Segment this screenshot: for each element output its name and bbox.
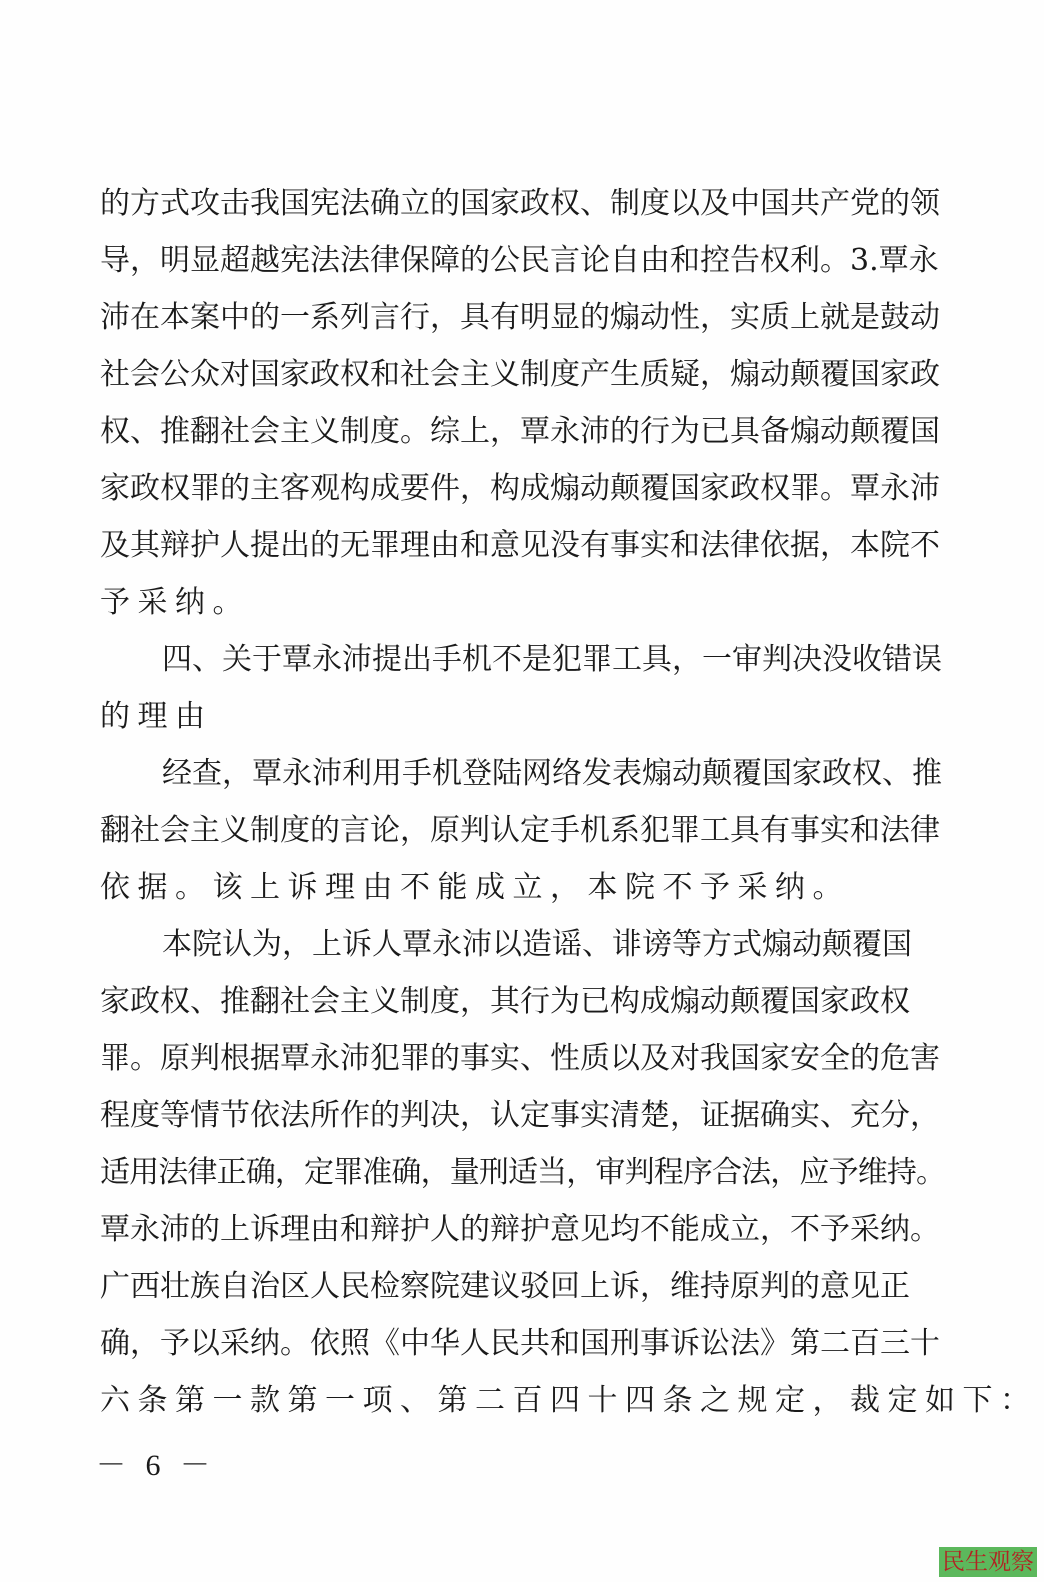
text-line: 社会公众对国家政权和社会主义制度产生质疑，煽动颠覆国家政	[100, 355, 946, 395]
text-line: 翻社会主义制度的言论，原判认定手机系犯罪工具有事实和法律	[100, 811, 946, 851]
watermark-badge: 民生观察	[939, 1547, 1037, 1577]
section-heading-line: 的理由	[100, 697, 946, 737]
text-line: 覃永沛的上诉理由和辩护人的辩护意见均不能成立，不予采纳。	[100, 1210, 946, 1250]
section-heading-line: 四、关于覃永沛提出手机不是犯罪工具，一审判决没收错误	[162, 640, 946, 680]
page-number: － 6 －	[96, 1446, 216, 1486]
text-line: 广西壮族自治区人民检察院建议驳回上诉，维持原判的意见正	[100, 1267, 946, 1307]
text-line: 依据。该上诉理由不能成立，本院不予采纳。	[100, 868, 946, 908]
text-line: 及其辩护人提出的无罪理由和意见没有事实和法律依据，本院不	[100, 526, 946, 566]
text-line: 确，予以采纳。依照《中华人民共和国刑事诉讼法》第二百三十	[100, 1324, 946, 1364]
text-line: 适用法律正确，定罪准确，量刑适当，审判程序合法，应予维持。	[100, 1153, 946, 1193]
text-line: 予采纳。	[100, 583, 946, 623]
text-line: 程度等情节依法所作的判决，认定事实清楚，证据确实、充分，	[100, 1096, 946, 1136]
text-line: 沛在本案中的一系列言行，具有明显的煽动性，实质上就是鼓动	[100, 298, 946, 338]
text-line: 本院认为，上诉人覃永沛以造谣、诽谤等方式煽动颠覆国	[162, 925, 946, 965]
text-line: 权、推翻社会主义制度。综上，覃永沛的行为已具备煽动颠覆国	[100, 412, 946, 452]
text-line: 导，明显超越宪法法律保障的公民言论自由和控告权利。3.覃永	[100, 241, 946, 281]
text-line: 六条第一款第一项、第二百四十四条之规定，裁定如下：	[100, 1381, 946, 1421]
text-line: 的方式攻击我国宪法确立的国家政权、制度以及中国共产党的领	[100, 184, 946, 224]
text-line: 经查，覃永沛利用手机登陆网络发表煽动颠覆国家政权、推	[162, 754, 946, 794]
text-line: 罪。原判根据覃永沛犯罪的事实、性质以及对我国家安全的危害	[100, 1039, 946, 1079]
document-page: 的方式攻击我国宪法确立的国家政权、制度以及中国共产党的领 导，明显超越宪法法律保…	[0, 0, 1044, 1582]
text-line: 家政权罪的主客观构成要件，构成煽动颠覆国家政权罪。覃永沛	[100, 469, 946, 509]
text-line: 家政权、推翻社会主义制度，其行为已构成煽动颠覆国家政权	[100, 982, 946, 1022]
